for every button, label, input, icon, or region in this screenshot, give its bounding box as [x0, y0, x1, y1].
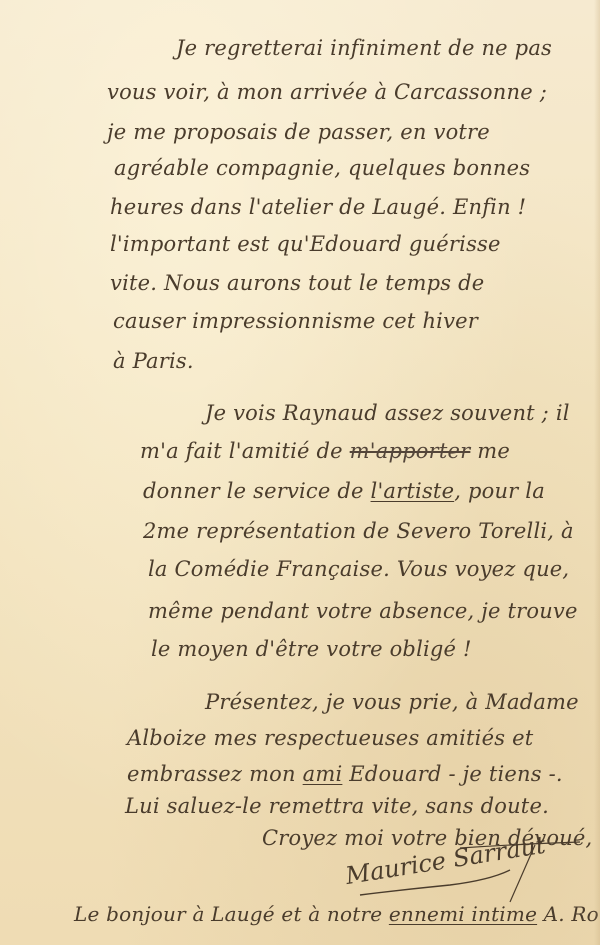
letter-line: je me proposais de passer, en votre	[107, 122, 490, 143]
letter-line: Présentez, je vous prie, à Madame	[205, 692, 579, 713]
letter-postscript: Le bonjour à Laugé et à notre ennemi int…	[74, 904, 600, 924]
line-text: m'a fait l'amitié de	[140, 439, 343, 463]
letter-line: donner le service de l'artiste, pour la	[143, 481, 545, 502]
letter-line: Je regretterai infiniment de ne pas	[176, 38, 552, 59]
underlined-word: l'artiste	[371, 479, 455, 503]
underlined-phrase: ennemi intime	[389, 902, 537, 926]
line-text: embrassez mon	[127, 762, 296, 786]
letter-line: la Comédie Française. Vous voyez que,	[148, 559, 569, 580]
line-text: A. Rouquet !	[537, 902, 600, 926]
letter-line: embrassez mon ami Edouard - je tiens -.	[127, 764, 563, 785]
letter-line: à Paris.	[113, 351, 194, 372]
letter-line: agréable compagnie, quelques bonnes	[114, 158, 530, 179]
letter-line: m'a fait l'amitié de m'apporter me	[140, 441, 510, 462]
line-text: donner le service de	[143, 479, 364, 503]
letter-line: vite. Nous aurons tout le temps de	[110, 273, 484, 294]
line-text: me	[477, 439, 510, 463]
letter-line: vous voir, à mon arrivée à Carcassonne ;	[107, 82, 547, 103]
letter-line: Je vois Raynaud assez souvent ; il	[205, 403, 570, 424]
line-text: , pour la	[454, 479, 545, 503]
underlined-word: ami	[303, 762, 343, 786]
letter-line: l'important est qu'Edouard guérisse	[110, 234, 501, 255]
letter-page: Je regretterai infiniment de ne pas vous…	[0, 0, 600, 945]
letter-line: même pendant votre absence, je trouve	[148, 601, 578, 622]
letter-line: le moyen d'être votre obligé !	[151, 639, 472, 660]
letter-line: heures dans l'atelier de Laugé. Enfin !	[110, 197, 526, 218]
line-text: Le bonjour à Laugé et à notre	[74, 902, 382, 926]
letter-line: Lui saluez-le remettra vite, sans doute.	[125, 796, 549, 817]
signature-flourish-icon	[340, 840, 590, 910]
struck-word: m'apporter	[350, 439, 471, 463]
letter-line: 2me représentation de Severo Torelli, à	[143, 521, 574, 542]
letter-line: causer impressionnisme cet hiver	[113, 311, 478, 332]
line-text: Edouard - je tiens -.	[342, 762, 562, 786]
letter-line: Alboize mes respectueuses amitiés et	[127, 728, 533, 749]
